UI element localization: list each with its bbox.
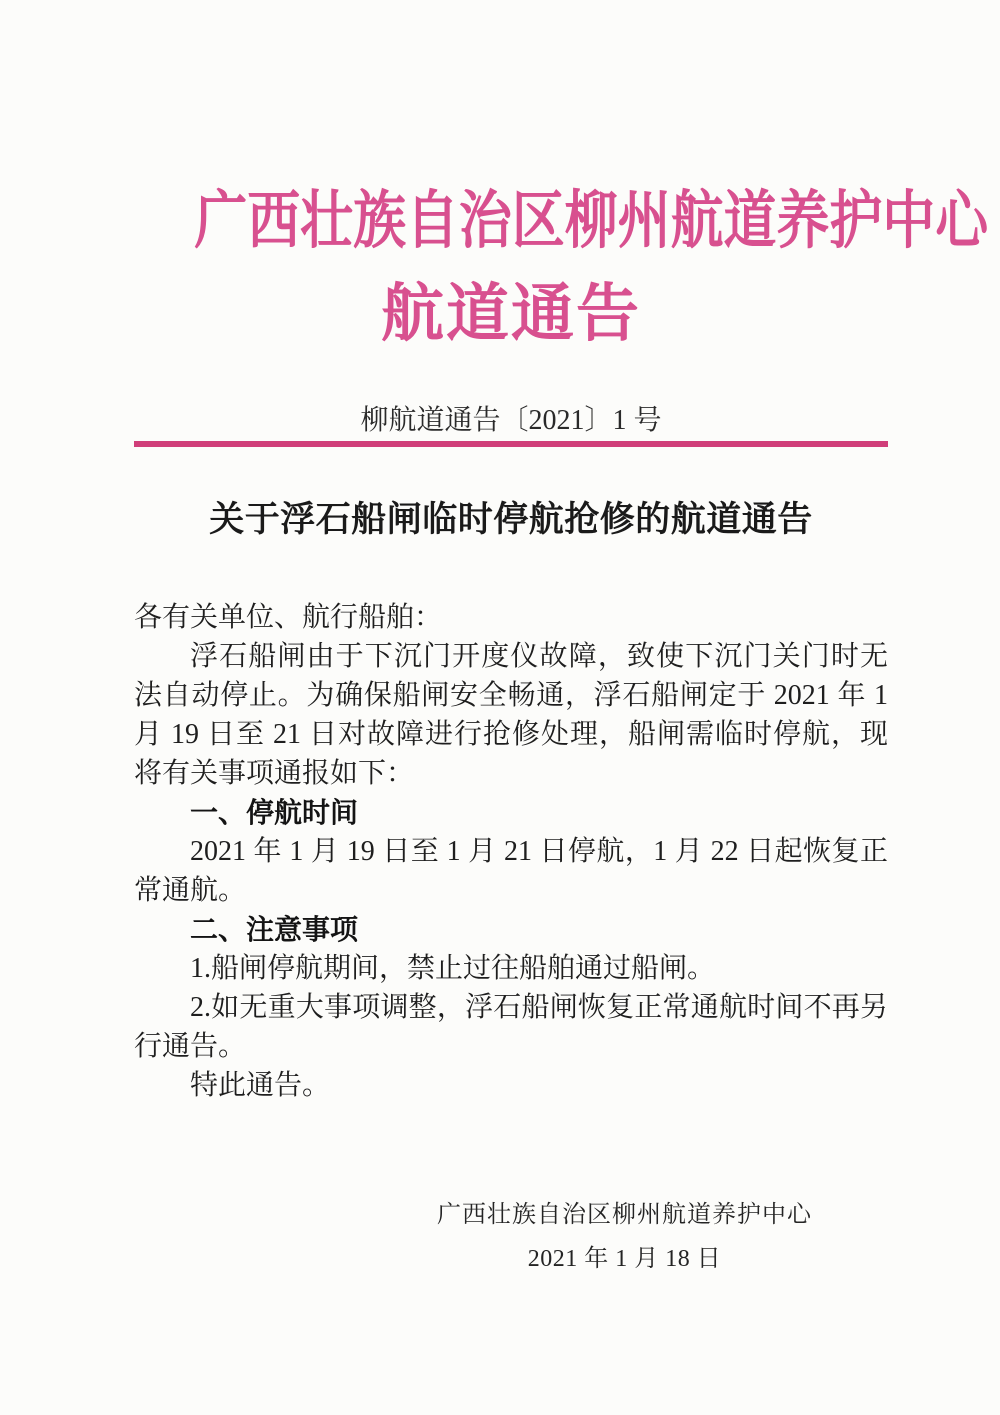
section-2-item-2: 2.如无重大事项调整，浮石船闸恢复正常通航时间不再另行通告。 xyxy=(134,988,888,1066)
document-masthead: 广西壮族自治区柳州航道养护中心 航道通告 xyxy=(134,188,888,347)
section-1-heading: 一、停航时间 xyxy=(134,793,888,832)
section-2-item-1: 1.船闸停航期间，禁止过往船舶通过船闸。 xyxy=(134,949,888,988)
document-type-title: 航道通告 xyxy=(134,281,888,347)
section-1-paragraph: 2021 年 1 月 19 日至 1 月 21 日停航，1 月 22 日起恢复正… xyxy=(134,832,888,910)
signature-block: 广西壮族自治区柳州航道养护中心 2021 年 1 月 18 日 xyxy=(437,1193,812,1281)
issuing-org-title: 广西壮族自治区柳州航道养护中心 xyxy=(194,188,827,254)
signature-date: 2021 年 1 月 18 日 xyxy=(437,1237,812,1281)
intro-paragraph: 浮石船闸由于下沉门开度仪故障，致使下沉门关门时无法自动停止。为确保船闸安全畅通，… xyxy=(134,637,888,793)
notice-body: 各有关单位、航行船舶： 浮石船闸由于下沉门开度仪故障，致使下沉门关门时无法自动停… xyxy=(134,598,888,1105)
document-number: 柳航道通告〔2021〕1 号 xyxy=(134,405,888,437)
closing-line: 特此通告。 xyxy=(134,1066,888,1105)
notice-document-page: 广西壮族自治区柳州航道养护中心 航道通告 柳航道通告〔2021〕1 号 关于浮石… xyxy=(0,0,1000,1415)
salutation-line: 各有关单位、航行船舶： xyxy=(134,598,888,637)
section-2-heading: 二、注意事项 xyxy=(134,910,888,949)
signature-org-name: 广西壮族自治区柳州航道养护中心 xyxy=(437,1193,812,1237)
notice-title: 关于浮石船闸临时停航抢修的航道通告 xyxy=(134,497,888,543)
header-divider-rule xyxy=(134,441,888,447)
